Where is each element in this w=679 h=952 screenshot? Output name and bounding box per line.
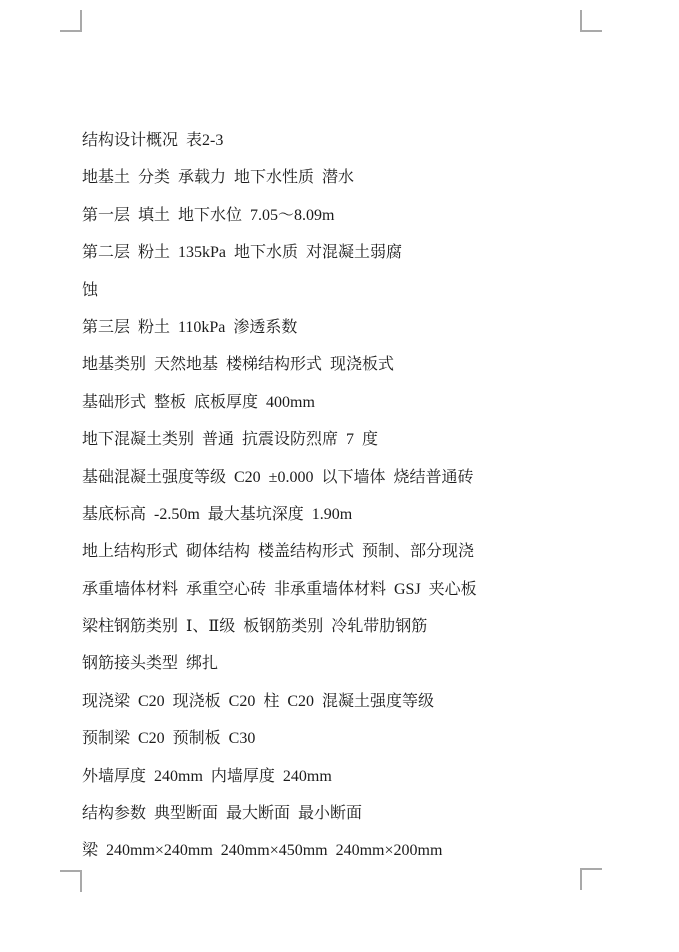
- doc-line: 地基土 分类 承载力 地下水性质 潜水: [82, 159, 612, 196]
- document-page: { "page": { "background_color": "#ffffff…: [0, 0, 679, 952]
- crop-mark-top-left: [60, 10, 82, 32]
- doc-line: 地基类别 天然地基 楼梯结构形式 现浇板式: [82, 346, 612, 383]
- crop-mark-top-right: [580, 10, 602, 32]
- doc-line: 第三层 粉土 110kPa 渗透系数: [82, 309, 612, 346]
- doc-line: 基础混凝土强度等级 C20 ±0.000 以下墙体 烧结普通砖: [82, 459, 612, 496]
- doc-line: 外墙厚度 240mm 内墙厚度 240mm: [82, 758, 612, 795]
- crop-mark-bottom-left: [60, 870, 82, 892]
- doc-line: 蚀: [82, 272, 612, 309]
- doc-line: 第二层 粉土 135kPa 地下水质 对混凝土弱腐: [82, 234, 612, 271]
- doc-line: 地下混凝土类别 普通 抗震设防烈席 7 度: [82, 421, 612, 458]
- document-text-area: 结构设计概况 表2-3 地基土 分类 承载力 地下水性质 潜水 第一层 填土 地…: [82, 122, 612, 870]
- doc-line: 预制梁 C20 预制板 C30: [82, 720, 612, 757]
- page-title: 结构设计概况 表2-3: [82, 122, 612, 159]
- doc-line: 钢筋接头类型 绑扎: [82, 645, 612, 682]
- doc-line: 梁 240mm×240mm 240mm×450mm 240mm×200mm: [82, 832, 612, 869]
- doc-line: 现浇梁 C20 现浇板 C20 柱 C20 混凝土强度等级: [82, 683, 612, 720]
- doc-line: 结构参数 典型断面 最大断面 最小断面: [82, 795, 612, 832]
- crop-mark-bottom-right: [580, 868, 602, 890]
- doc-line: 第一层 填土 地下水位 7.05～8.09m: [82, 197, 612, 234]
- doc-line: 梁柱钢筋类别 Ⅰ、Ⅱ级 板钢筋类别 冷轧带肋钢筋: [82, 608, 612, 645]
- doc-line: 基础形式 整板 底板厚度 400mm: [82, 384, 612, 421]
- doc-line: 地上结构形式 砌体结构 楼盖结构形式 预制、部分现浇: [82, 533, 612, 570]
- doc-line: 承重墙体材料 承重空心砖 非承重墙体材料 GSJ 夹心板: [82, 571, 612, 608]
- doc-line: 基底标高 -2.50m 最大基坑深度 1.90m: [82, 496, 612, 533]
